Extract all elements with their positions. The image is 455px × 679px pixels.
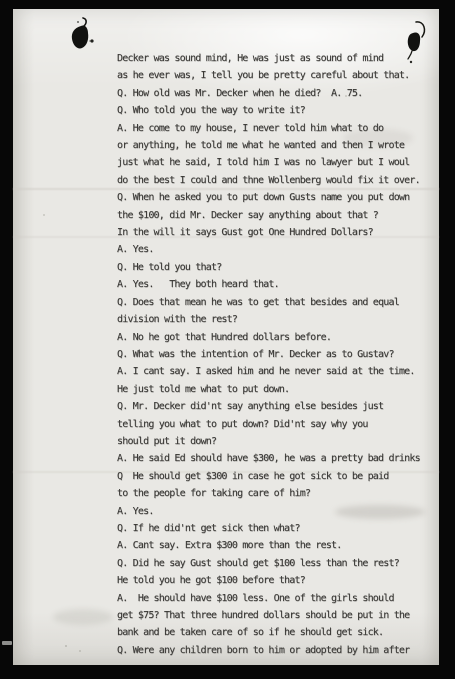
transcript-line: get $75? That three hundred dollars shou… (117, 607, 432, 624)
ink-stain (60, 14, 104, 62)
transcript-line: Q. Were any children born to him or adop… (117, 642, 432, 659)
transcript-line: the $100, did Mr. Decker say anything ab… (117, 207, 432, 224)
transcript-line: A. He come to my house, I never told him… (117, 120, 432, 137)
transcript-line: A. He said Ed should have $300, he was a… (117, 450, 432, 467)
transcript-line: should put it down? (117, 433, 432, 450)
transcript-line: Q. If he did'nt get sick then what? (117, 520, 432, 537)
transcript-line: telling you what to put down? Did'nt say… (117, 416, 432, 433)
transcript-line: Q. Mr. Decker did'nt say anything else b… (117, 398, 432, 415)
paper-speck (43, 214, 45, 216)
transcript-line: bank and be taken care of so if he shoul… (117, 624, 432, 641)
transcript-line: A. I cant say. I asked him and he never … (117, 363, 432, 380)
transcript-line: do the best I could and thne Wollenberg … (117, 172, 432, 189)
transcript-text: Decker was sound mind, He was just as so… (117, 50, 432, 659)
transcript-line: A. Yes. They both heard that. (117, 276, 432, 293)
transcript-line: Q. Does that mean he was to get that bes… (117, 294, 432, 311)
transcript-line: Q. When he asked you to put down Gusts n… (117, 189, 432, 206)
scan-edge-mark (2, 641, 12, 645)
transcript-line: A. Yes. (117, 503, 432, 520)
document-page: Decker was sound mind, He was just as so… (13, 9, 439, 665)
transcript-line: Q. How old was Mr. Decker when he died? … (117, 85, 432, 102)
paper-speck (79, 650, 81, 652)
transcript-line: Decker was sound mind, He was just as so… (117, 50, 432, 67)
transcript-line: A. Yes. (117, 241, 432, 258)
transcript-line: He just told me what to put down. (117, 381, 432, 398)
paper-speck (65, 645, 67, 647)
transcript-line: to the people for taking care of him? (117, 485, 432, 502)
transcript-line: Q. Did he say Gust should get $100 less … (117, 555, 432, 572)
transcript-line: Q. What was the intention of Mr. Decker … (117, 346, 432, 363)
transcript-line: just what he said, I told him I was no l… (117, 154, 432, 171)
transcript-line: Q. He told you that? (117, 259, 432, 276)
transcript-line: In the will it says Gust got One Hundred… (117, 224, 432, 241)
transcript-line: A. No he got that Hundred dollars before… (117, 329, 432, 346)
paper-smudge (53, 609, 113, 625)
scanner-background: Decker was sound mind, He was just as so… (0, 0, 455, 679)
transcript-line: A. Cant say. Extra $300 more than the re… (117, 537, 432, 554)
transcript-line: Q. Who told you the way to write it? (117, 102, 432, 119)
transcript-line: Q He should get $300 in case he got sick… (117, 468, 432, 485)
transcript-line: He told you he got $100 before that? (117, 572, 432, 589)
transcript-line: as he ever was, I tell you be pretty car… (117, 67, 432, 84)
transcript-line: A. He should have $100 less. One of the … (117, 590, 432, 607)
transcript-line: or anything, he told me what he wanted a… (117, 137, 432, 154)
transcript-line: division with the rest? (117, 311, 432, 328)
